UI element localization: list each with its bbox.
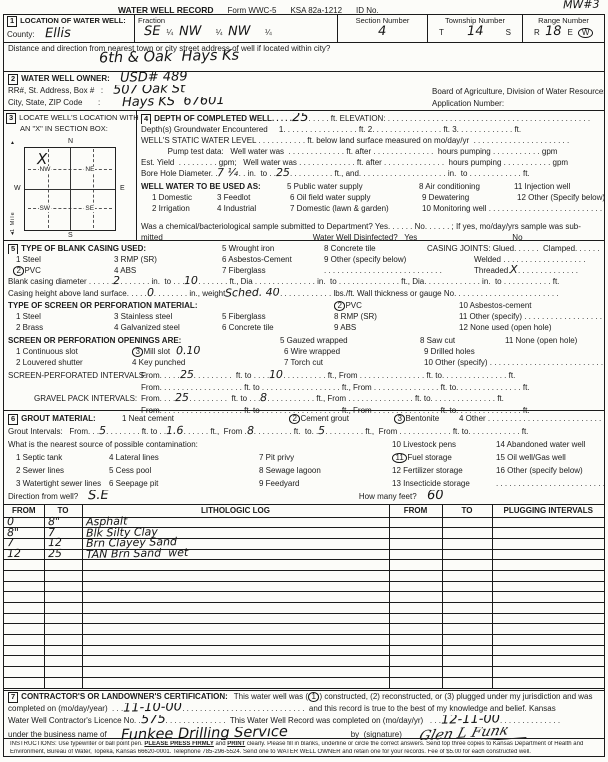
distance-row: Distance and direction from nearest town… (4, 43, 604, 72)
table-empty-row (4, 656, 604, 667)
table-empty-row (4, 667, 604, 678)
county-label: County: (7, 30, 35, 39)
record-date-dots: . . . . . . . . . . . . . . (500, 715, 560, 727)
option-other: 12 Other (Specify below) (517, 192, 605, 203)
bentonite-number-circled: 3 (394, 414, 405, 424)
quarter-symbol: ¼ (265, 28, 272, 37)
feet-value-hw: 60 (427, 491, 444, 501)
owner-value-hw: USD# 489 (120, 72, 188, 83)
option-seepage-pit: 6 Seepage pit (109, 477, 259, 490)
range-line: R18EW (526, 27, 601, 38)
instructions-and: and (214, 741, 227, 749)
option-wrought-iron: 5 Wrought iron (222, 243, 324, 254)
township-cell: Township Number T14S (428, 15, 523, 42)
joints-threaded: Threaded. (474, 265, 510, 276)
sp-to-hw: 10 (269, 370, 283, 380)
how-many-feet-label: How many feet? (359, 490, 417, 503)
compass-e: E (120, 185, 125, 192)
bore-hole-line: Bore Hole Diameter. .7 ¼. . in. to . .25… (137, 168, 605, 179)
section1-title: LOCATION OF WATER WELL: (20, 16, 126, 25)
city-label: City, State, ZIP Code : (8, 97, 100, 109)
bore-hole-post: . . . . . . . . . . ft., and. . . . . . … (290, 168, 530, 179)
section3-4-row: 3LOCATE WELL'S LOCATION WITH AN "X" IN S… (4, 111, 604, 241)
quadrant-se: SE (84, 205, 95, 212)
range-value-hw: 18 (545, 27, 562, 37)
address-label: RR#, St. Address, Box # : (8, 85, 103, 97)
township-line: T14S (431, 27, 519, 37)
table-empty-row (4, 613, 604, 624)
openings-row2: 2 Louvered shutter4 Key punched7 Torch c… (4, 357, 604, 368)
joints-welded: Welded . . . . . . . . . . . . . . . . .… (474, 254, 585, 265)
openings-title: SCREEN OR PERFORATION OPENINGS ARE: (8, 335, 280, 346)
cert-line3: Water Well Contractor's Licence No. .575… (4, 715, 604, 727)
option-domestic: 1 Domestic (152, 192, 217, 203)
instructions-block: INSTRUCTIONS: Use typewriter or ball poi… (4, 739, 604, 756)
screen-intervals-row1: SCREEN-PERFORATED INTERVALS:From. . . . … (4, 370, 604, 382)
threaded-x-hw: X (510, 265, 518, 275)
sp-post: . . . . . . . . . . ft., From . . . . . … (283, 370, 515, 382)
compass-s: S (68, 232, 73, 239)
screen-intervals-row2: From. . . . . . . . . . . . . . . . . . … (4, 382, 604, 393)
instructions-line2: Environment, Bureau of Water, Topeka, Ka… (10, 749, 598, 757)
section-number-line: 4 (341, 27, 424, 37)
col-from2: FROM (389, 505, 442, 517)
option-pvc-circled: 2PVC (13, 265, 114, 276)
option-public-water: 5 Public water supply (287, 181, 419, 192)
option-steel: 1 Steel (16, 254, 114, 265)
section7-number: 7 (8, 692, 18, 703)
casing-height-line: Casing height above land surface. . . . … (4, 288, 604, 300)
bore-hole-mid: . . in. to . . (239, 168, 276, 179)
grout-intervals-label: Grout Intervals: From. . . (8, 425, 99, 438)
casing-diameter-line: Blank casing diameter . . . . . .2. . . … (4, 276, 604, 288)
lithologic-log-table: FROM TO LITHOLOGIC LOG FROM TO PLUGGING … (4, 505, 604, 689)
business-name-label: under the business name of (8, 728, 107, 740)
option-louvered: 2 Louvered shutter (16, 357, 132, 368)
option-pit-privy: 7 Pit privy (259, 451, 392, 464)
groundwater-line: Depth(s) Groundwater Encountered 1. . . … (137, 124, 605, 135)
used-as-title: WELL WATER TO BE USED AS: (141, 181, 287, 192)
casing-row2: 1 Steel3 RMP (SR)6 Asbestos-Cement9 Othe… (4, 254, 604, 265)
option-wire-wrapped: 6 Wire wrapped (284, 346, 424, 357)
quarter-symbol: ¼ (216, 28, 223, 37)
instructions-print: PRINT (227, 741, 245, 749)
section5-title-group: 5TYPE OF BLANK CASING USED: (8, 243, 222, 254)
range-label: Range Number (526, 16, 601, 25)
option-livestock-pens: 10 Livestock pens (392, 438, 496, 451)
contamination-row3: 3 Watertight sewer lines6 Seepage pit9 F… (4, 477, 604, 490)
depth-line: 4DEPTH OF COMPLETED WELL. . . . .25. . .… (137, 113, 605, 124)
cert-line1: 7CONTRACTOR'S OR LANDOWNER'S CERTIFICATI… (4, 691, 604, 703)
cert-line4: under the business name ofFunkee Drillin… (4, 727, 604, 740)
business-name-hw: Funkee Drilling Service (121, 727, 351, 740)
other-dots: . . . . . . . . . . . . . . . . . . . . … (324, 265, 474, 276)
grout-intervals-line: Grout Intervals: From. . .5. . . . . . .… (4, 425, 604, 438)
option-other-specify: 9 Other (specify below) (324, 254, 474, 265)
grout-mid1: . . . . . . . . ft. to . . (106, 425, 166, 438)
application-number-label: Application Number: (432, 99, 504, 108)
cert-text-c: . . . . . . . . . . . . . . . . . . . . … (182, 703, 556, 715)
option-fertilizer-storage: 12 Fertilizer storage (392, 464, 496, 477)
table-empty-row (4, 560, 604, 571)
screen-pvc-number-circled: 2 (334, 301, 345, 311)
table-empty-row (4, 603, 604, 614)
contamination-question: What is the nearest source of possible c… (8, 438, 392, 451)
instructions-line1: INSTRUCTIONS: Use typewriter or ball poi… (10, 741, 598, 749)
option-drilled-holes: 9 Drilled holes (424, 346, 475, 357)
used-as-row2: 1 Domestic3 Feedlot6 Oil field water sup… (137, 192, 605, 203)
casing-joints-label: CASING JOINTS: Glued. . . . . . Clamped.… (427, 243, 600, 254)
cert-text-a: This water well was ( (234, 691, 308, 703)
fraction-line: SE ¼ NW ¼ NW ¼ (138, 27, 334, 37)
log-to-hw: 8" (47, 518, 59, 526)
cert-text-b: ) constructed, (2) reconstructed, or (3)… (319, 691, 592, 703)
direction-row: Direction from well?S.EHow many feet?60 (4, 490, 604, 503)
option-concrete-tile: 8 Concrete tile (324, 243, 427, 254)
option-sewage-lagoon: 8 Sewage lagoon (259, 464, 392, 477)
option-saw-cut: 8 Saw cut (420, 335, 505, 346)
completed-date-hw: 11-10-00 (123, 703, 182, 714)
range-r: R (534, 28, 540, 37)
section3-number: 3 (6, 113, 16, 124)
screen-material-title: TYPE OF SCREEN OR PERFORATION MATERIAL: (8, 300, 334, 311)
section-square: NW NE SW SE X (24, 147, 116, 231)
openings-row1: 1 Continuous slot3Mill slot0.106 Wire wr… (4, 346, 604, 357)
section-number-hw: 4 (378, 27, 386, 37)
city-value-hw: Hays KS 67601 (122, 97, 225, 108)
agency-text: Board of Agriculture, Division of Water … (432, 87, 605, 96)
section1-number: 1 (7, 16, 17, 27)
instructions-pre: INSTRUCTIONS: Use typewriter or ball poi… (10, 741, 144, 749)
fraction-cell: Fraction SE ¼ NW ¼ NW ¼ (135, 15, 338, 42)
owner-line: 2WATER WELL OWNER:USD# 489 (4, 72, 604, 85)
log-from-hw: 12 (7, 550, 21, 558)
option-none-open: 11 None (open hole) (505, 335, 577, 346)
diameter-mid: . . . . . . . in. to . . . (120, 276, 184, 288)
mill-slot-label: Mill slot (143, 347, 170, 356)
bore-hole-label: Bore Hole Diameter. . (141, 168, 217, 179)
option-irrigation: 2 Irrigation (152, 203, 217, 214)
licence-label: Water Well Contractor's Licence No. . (8, 715, 141, 727)
table-empty-row (4, 635, 604, 646)
section-diagram: ▲ 1 Mile ▼ N S W E NW (6, 135, 135, 239)
township-s: S (506, 28, 511, 37)
contam-other-dots: . . . . . . . . . . . . . . . . . . . . … (496, 477, 604, 490)
fuel-storage-number-circled: 11 (392, 453, 407, 463)
section5-title: TYPE OF BLANK CASING USED: (21, 244, 146, 253)
option-stainless: 3 Stainless steel (114, 311, 222, 322)
option-abandoned-well: 14 Abandoned water well (496, 438, 585, 451)
col-to2: TO (442, 505, 492, 517)
table-empty-row (4, 645, 604, 656)
log-desc-hw: TAN Brn Sand wet (85, 549, 187, 559)
elevation-label: . . . . . ft. ELEVATION: . . . . . . . .… (309, 113, 591, 124)
option-gauzed: 5 Gauzed wrapped (280, 335, 420, 346)
option-septic-tank: 1 Septic tank (16, 451, 109, 464)
openings-title-row: SCREEN OR PERFORATION OPENINGS ARE:5 Gau… (4, 335, 604, 346)
pump-test-line: Pump test data: Well water was . . . . .… (137, 146, 605, 157)
contamination-row1: 1 Septic tank4 Lateral lines7 Pit privy1… (4, 451, 604, 464)
static-level-text: WELL'S STATIC WATER LEVEL . . . . . . . … (141, 135, 569, 146)
fraction1-hw: SE (144, 27, 161, 37)
height-post: . . . . . . . . . . . . lbs./ft. Wall th… (280, 288, 558, 300)
option-injection-well: 11 Injection well (514, 181, 570, 192)
section6-title-group: 6GROUT MATERIAL: (8, 412, 122, 425)
quadrant-ne: NE (84, 166, 95, 173)
option-screen-fiberglass: 5 Fiberglass (222, 311, 334, 322)
screen-pvc-circled: 2PVC (334, 300, 459, 311)
log-from-hw: 0 (7, 518, 14, 526)
diameter-depth-hw: 10 (184, 276, 198, 286)
option-asbestos-cement-screen: 10 Asbestos-cement (459, 300, 531, 311)
diameter-hw: 2 (113, 276, 120, 286)
option-sewer-lines: 2 Sewer lines (16, 464, 109, 477)
record-date-hw: 12-11-00 (441, 715, 500, 726)
section2-title: WATER WELL OWNER: (21, 72, 110, 85)
pump-test-text: Pump test data: Well water was . . . . .… (141, 146, 557, 157)
option-air-conditioning: 8 Air conditioning (419, 181, 514, 192)
sample-question-line: Was a chemical/bacteriological sample su… (137, 221, 605, 232)
section3-title1: LOCATE WELL'S LOCATION WITH (19, 113, 139, 122)
option-none-open-hole: 12 None used (open hole) (459, 322, 552, 333)
option-watertight-sewer: 3 Watertight sewer lines (16, 477, 109, 490)
option-insecticide-storage: 13 Insecticide storage (392, 477, 496, 490)
range-cell: Range Number R18EW (523, 15, 604, 42)
direction-value-hw: S.E (88, 491, 109, 501)
option-neat-cement: 1 Neat cement (122, 412, 289, 425)
city-line: City, State, ZIP Code :Hays KS 67601 (4, 97, 604, 109)
col-lithologic-log: LITHOLOGIC LOG (82, 505, 389, 517)
option-grout-other: 4 Other . . . . . . . . . . . . . . . . … (459, 412, 604, 425)
static-level-line: WELL'S STATIC WATER LEVEL . . . . . . . … (137, 135, 605, 146)
option-screen-abs: 9 ABS (334, 322, 459, 333)
section5-casing: 5TYPE OF BLANK CASING USED:5 Wrought iro… (4, 241, 604, 411)
depth-value-hw: 25 (292, 113, 309, 123)
option-asbestos-cement: 6 Asbestos-Cement (222, 254, 324, 265)
county-value-hw: Ellis (44, 28, 70, 39)
option-contam-other: 16 Other (specify below) (496, 464, 583, 477)
pvc-label: PVC (24, 266, 40, 275)
well-id-handwritten: MW#3 (563, 0, 600, 10)
groundwater-text: Depth(s) Groundwater Encountered 1. . . … (141, 124, 521, 135)
gp-to-hw: 8 (260, 393, 267, 403)
grout-to2-hw: 5 (318, 426, 325, 436)
height-label: Casing height above land surface. . . . … (8, 288, 147, 300)
gravel-intervals-row1: GRAVEL PACK INTERVALS:From. . . .25. . .… (4, 393, 604, 405)
bore-depth-hw: 25 (276, 168, 290, 178)
compass-w: W (14, 185, 21, 192)
section5-number: 5 (8, 244, 18, 254)
grout-from1-hw: 5 (99, 426, 106, 436)
option-lateral-lines: 4 Lateral lines (109, 451, 259, 464)
option-monitoring-well: 10 Monitoring well . . . . . . . . . . .… (422, 203, 605, 214)
option-openings-other: 10 Other (specify) . . . . . . . . . . .… (424, 357, 604, 368)
lithologic-table-wrap: FROM TO LITHOLOGIC LOG FROM TO PLUGGING … (4, 505, 604, 690)
table-empty-row (4, 581, 604, 592)
yield-line: Est. Yield . . . . . . . . . gpm; Well w… (137, 157, 605, 168)
log-desc-hw: Asphalt (85, 517, 126, 526)
table-empty-row (4, 677, 604, 688)
option-screen-other: 11 Other (specify) . . . . . . . . . . .… (459, 311, 604, 322)
screen-pvc-label: PVC (345, 301, 361, 310)
sp-from: From. . . . . (141, 370, 180, 382)
grout-mid3: . . . . . . . . . ft. to. . (254, 425, 318, 438)
section6-title: GROUT MATERIAL: (21, 414, 96, 423)
bore-diameter-hw: 7 ¼ (217, 168, 238, 178)
cement-grout-number-circled: 2 (289, 414, 300, 424)
sp-row2-text: From. . . . . . . . . . . . . . . . . . … (141, 382, 530, 393)
gp-to: . . . . . . . . . ft. to . . . (189, 393, 260, 405)
weight-hw: Sched. 40 (225, 288, 280, 299)
used-as-row1: WELL WATER TO BE USED AS:5 Public water … (137, 181, 605, 192)
section6-grout: 6GROUT MATERIAL:1 Neat cement2Cement gro… (4, 411, 604, 505)
option-dewatering: 9 Dewatering (422, 192, 517, 203)
diameter-post: . . . . . . . ft., Dia . . . . . . . . .… (198, 276, 559, 288)
licence-number-hw: 575 (141, 715, 166, 725)
option-screen-steel: 1 Steel (16, 311, 114, 322)
distance-question-line: Distance and direction from nearest town… (4, 43, 604, 54)
county-line: County:Ellis (7, 29, 131, 39)
table-row: 1225TAN Brn Sand wet (4, 549, 604, 560)
grout-from2-hw: 8 (247, 426, 254, 436)
arrow-down-icon: ▼ (10, 232, 15, 237)
used-as-row3: 2 Irrigation4 Industrial7 Domestic (lawn… (137, 203, 605, 214)
county-cell: 1LOCATION OF WATER WELL: County:Ellis (4, 15, 135, 42)
option-cement-grout-circled: 2Cement grout (289, 412, 394, 425)
option-fiberglass: 7 Fiberglass (222, 265, 324, 276)
water-well-record-sheet: WATER WELL RECORD Form WWC-5 KSA 82a-121… (0, 0, 608, 762)
screen-material-row1: 1 Steel3 Stainless steel5 Fiberglass8 RM… (4, 311, 604, 322)
record-completed-label: . . . . . . . . . . . . . . This Water W… (166, 715, 442, 727)
direction-label: Direction from well? (8, 490, 78, 503)
option-continuous-slot: 1 Continuous slot (16, 346, 132, 357)
height-hw: 0 (147, 288, 154, 298)
casing-row1: 5TYPE OF BLANK CASING USED:5 Wrought iro… (4, 243, 604, 254)
mill-slot-number-circled: 3 (132, 347, 143, 357)
section6-number: 6 (8, 414, 18, 425)
township-value-hw: 14 (466, 27, 483, 37)
option-mill-slot-circled: 3Mill slot0.10 (132, 346, 284, 357)
section7-certification: 7CONTRACTOR'S OR LANDOWNER'S CERTIFICATI… (4, 690, 604, 739)
bentonite-label: Bentonite (405, 414, 439, 423)
screen-intervals-label: SCREEN-PERFORATED INTERVALS: (8, 370, 141, 382)
col-plugging-intervals: PLUGGING INTERVALS (492, 505, 604, 517)
grout-title-row: 6GROUT MATERIAL:1 Neat cement2Cement gro… (4, 412, 604, 425)
gp-post: . . . . . . . . . . . ft., From . . . . … (267, 393, 504, 405)
fraction3-hw: NW (228, 27, 251, 37)
option-domestic-lawn: 7 Domestic (lawn & garden) (290, 203, 422, 214)
contamination-title-row: What is the nearest source of possible c… (4, 438, 604, 451)
option-key-punched: 4 Key punched (132, 357, 284, 368)
fuel-storage-label: Fuel storage (407, 453, 451, 462)
depth-label: DEPTH OF COMPLETED WELL. . . . . (154, 113, 292, 124)
option-screen-rmp: 8 RMP (SR) (334, 311, 459, 322)
grout-mid2: . . . . . . ft., From . (184, 425, 247, 438)
section3-title2: AN "X" IN SECTION BOX: (6, 124, 135, 133)
grout-post: . . . . . . . . . ft., From . . . . . . … (325, 425, 528, 438)
quadrant-sw: SW (39, 205, 51, 212)
section2-owner: 2WATER WELL OWNER:USD# 489 RR#, St. Addr… (4, 72, 604, 111)
fraction2-hw: NW (179, 27, 202, 37)
section-number-cell: Section Number 4 (338, 15, 428, 42)
sp-from-hw: 25 (180, 370, 194, 380)
well-location-x-hw: X (37, 154, 47, 164)
height-mid: . . . . . . . . in., weight (154, 288, 226, 300)
constructed-number-circled: 1 (308, 692, 319, 702)
instructions-line2-text: Environment, Bureau of Water, Topeka, Ka… (10, 749, 531, 757)
mill-slot-size-hw: 0.10 (176, 346, 201, 356)
option-oil-gas-well: 15 Oil well/Gas well (496, 451, 566, 464)
option-feedlot: 3 Feedlot (217, 192, 290, 203)
section3-locate-cell: 3LOCATE WELL'S LOCATION WITH AN "X" IN S… (4, 111, 137, 240)
gp-from-hw: 25 (175, 393, 189, 403)
option-screen-concrete: 6 Concrete tile (222, 322, 334, 333)
diameter-label: Blank casing diameter . . . . . . (8, 276, 113, 288)
casing-row3: 2PVC4 ABS7 Fiberglass. . . . . . . . . .… (4, 265, 604, 276)
option-abs: 4 ABS (114, 265, 222, 276)
option-oil-field: 6 Oil field water supply (290, 192, 422, 203)
option-brass: 2 Brass (16, 322, 114, 333)
instructions-rest: clearly. Please fill in blanks, underlin… (245, 741, 583, 749)
section4-number: 4 (141, 114, 151, 124)
address-value-hw: 507 Oak St (113, 85, 185, 96)
range-w-circled: W (578, 28, 593, 38)
option-cess-pool: 5 Cess pool (109, 464, 259, 477)
section3-title-line: 3LOCATE WELL'S LOCATION WITH (6, 113, 135, 124)
threaded-dots: . . . . . . . . . . . . . . (518, 265, 578, 276)
square-center-horizontal (25, 189, 115, 190)
screen-material-title-row: TYPE OF SCREEN OR PERFORATION MATERIAL:2… (4, 300, 604, 311)
table-empty-row (4, 570, 604, 581)
section1-location-row: 1LOCATION OF WATER WELL: County:Ellis Fr… (4, 15, 604, 43)
pvc-number-circled: 2 (13, 266, 24, 276)
option-feedyard: 9 Feedyard (259, 477, 392, 490)
distance-value-hw: 6th & Oak Hays Ks (99, 51, 239, 64)
section2-number: 2 (8, 74, 18, 85)
sample-question-text: Was a chemical/bacteriological sample su… (141, 221, 581, 232)
log-to-hw: 25 (47, 550, 61, 558)
signature-hw: Glen L Funk (411, 727, 531, 740)
completed-on-label: completed on (mo/day/year) . . . (8, 703, 123, 715)
range-e: E (567, 28, 572, 37)
cement-grout-label: Cement grout (300, 414, 348, 423)
option-industrial: 4 Industrial (217, 203, 290, 214)
gravel-intervals-label: GRAVEL PACK INTERVALS: (8, 393, 141, 405)
yield-text: Est. Yield . . . . . . . . . gpm; Well w… (141, 157, 568, 168)
table-empty-row (4, 592, 604, 603)
quarter-symbol: ¼ (166, 28, 173, 37)
form-body: 1LOCATION OF WATER WELL: County:Ellis Fr… (3, 14, 605, 757)
arrow-up-icon: ▲ (10, 141, 15, 146)
gp-from: From. . . . (141, 393, 175, 405)
grout-to1-hw: 1.6 (166, 426, 184, 436)
section4-cell: 4DEPTH OF COMPLETED WELL. . . . .25. . .… (137, 111, 605, 240)
screen-material-row2: 2 Brass4 Galvanized steel6 Concrete tile… (4, 322, 604, 333)
option-bentonite-circled: 3Bentonite (394, 412, 459, 425)
sp-to: . . . . . . . . . ft. to . . . . (194, 370, 270, 382)
contamination-row2: 2 Sewer lines5 Cess pool8 Sewage lagoon1… (4, 464, 604, 477)
option-torch-cut: 7 Torch cut (284, 357, 424, 368)
instructions-press-firmly: PLEASE PRESS FIRMLY (144, 741, 213, 749)
table-empty-row (4, 624, 604, 635)
compass-n: N (68, 138, 73, 145)
cert-line2: completed on (mo/day/year) . . .11-10-00… (4, 703, 604, 715)
option-galvanized: 4 Galvanized steel (114, 322, 222, 333)
section7-title: CONTRACTOR'S OR LANDOWNER'S CERTIFICATIO… (21, 691, 228, 703)
option-fuel-storage-circled: 11Fuel storage (392, 451, 496, 464)
by-signature-label: by (signature) (351, 728, 402, 740)
township-t: T (439, 28, 444, 37)
